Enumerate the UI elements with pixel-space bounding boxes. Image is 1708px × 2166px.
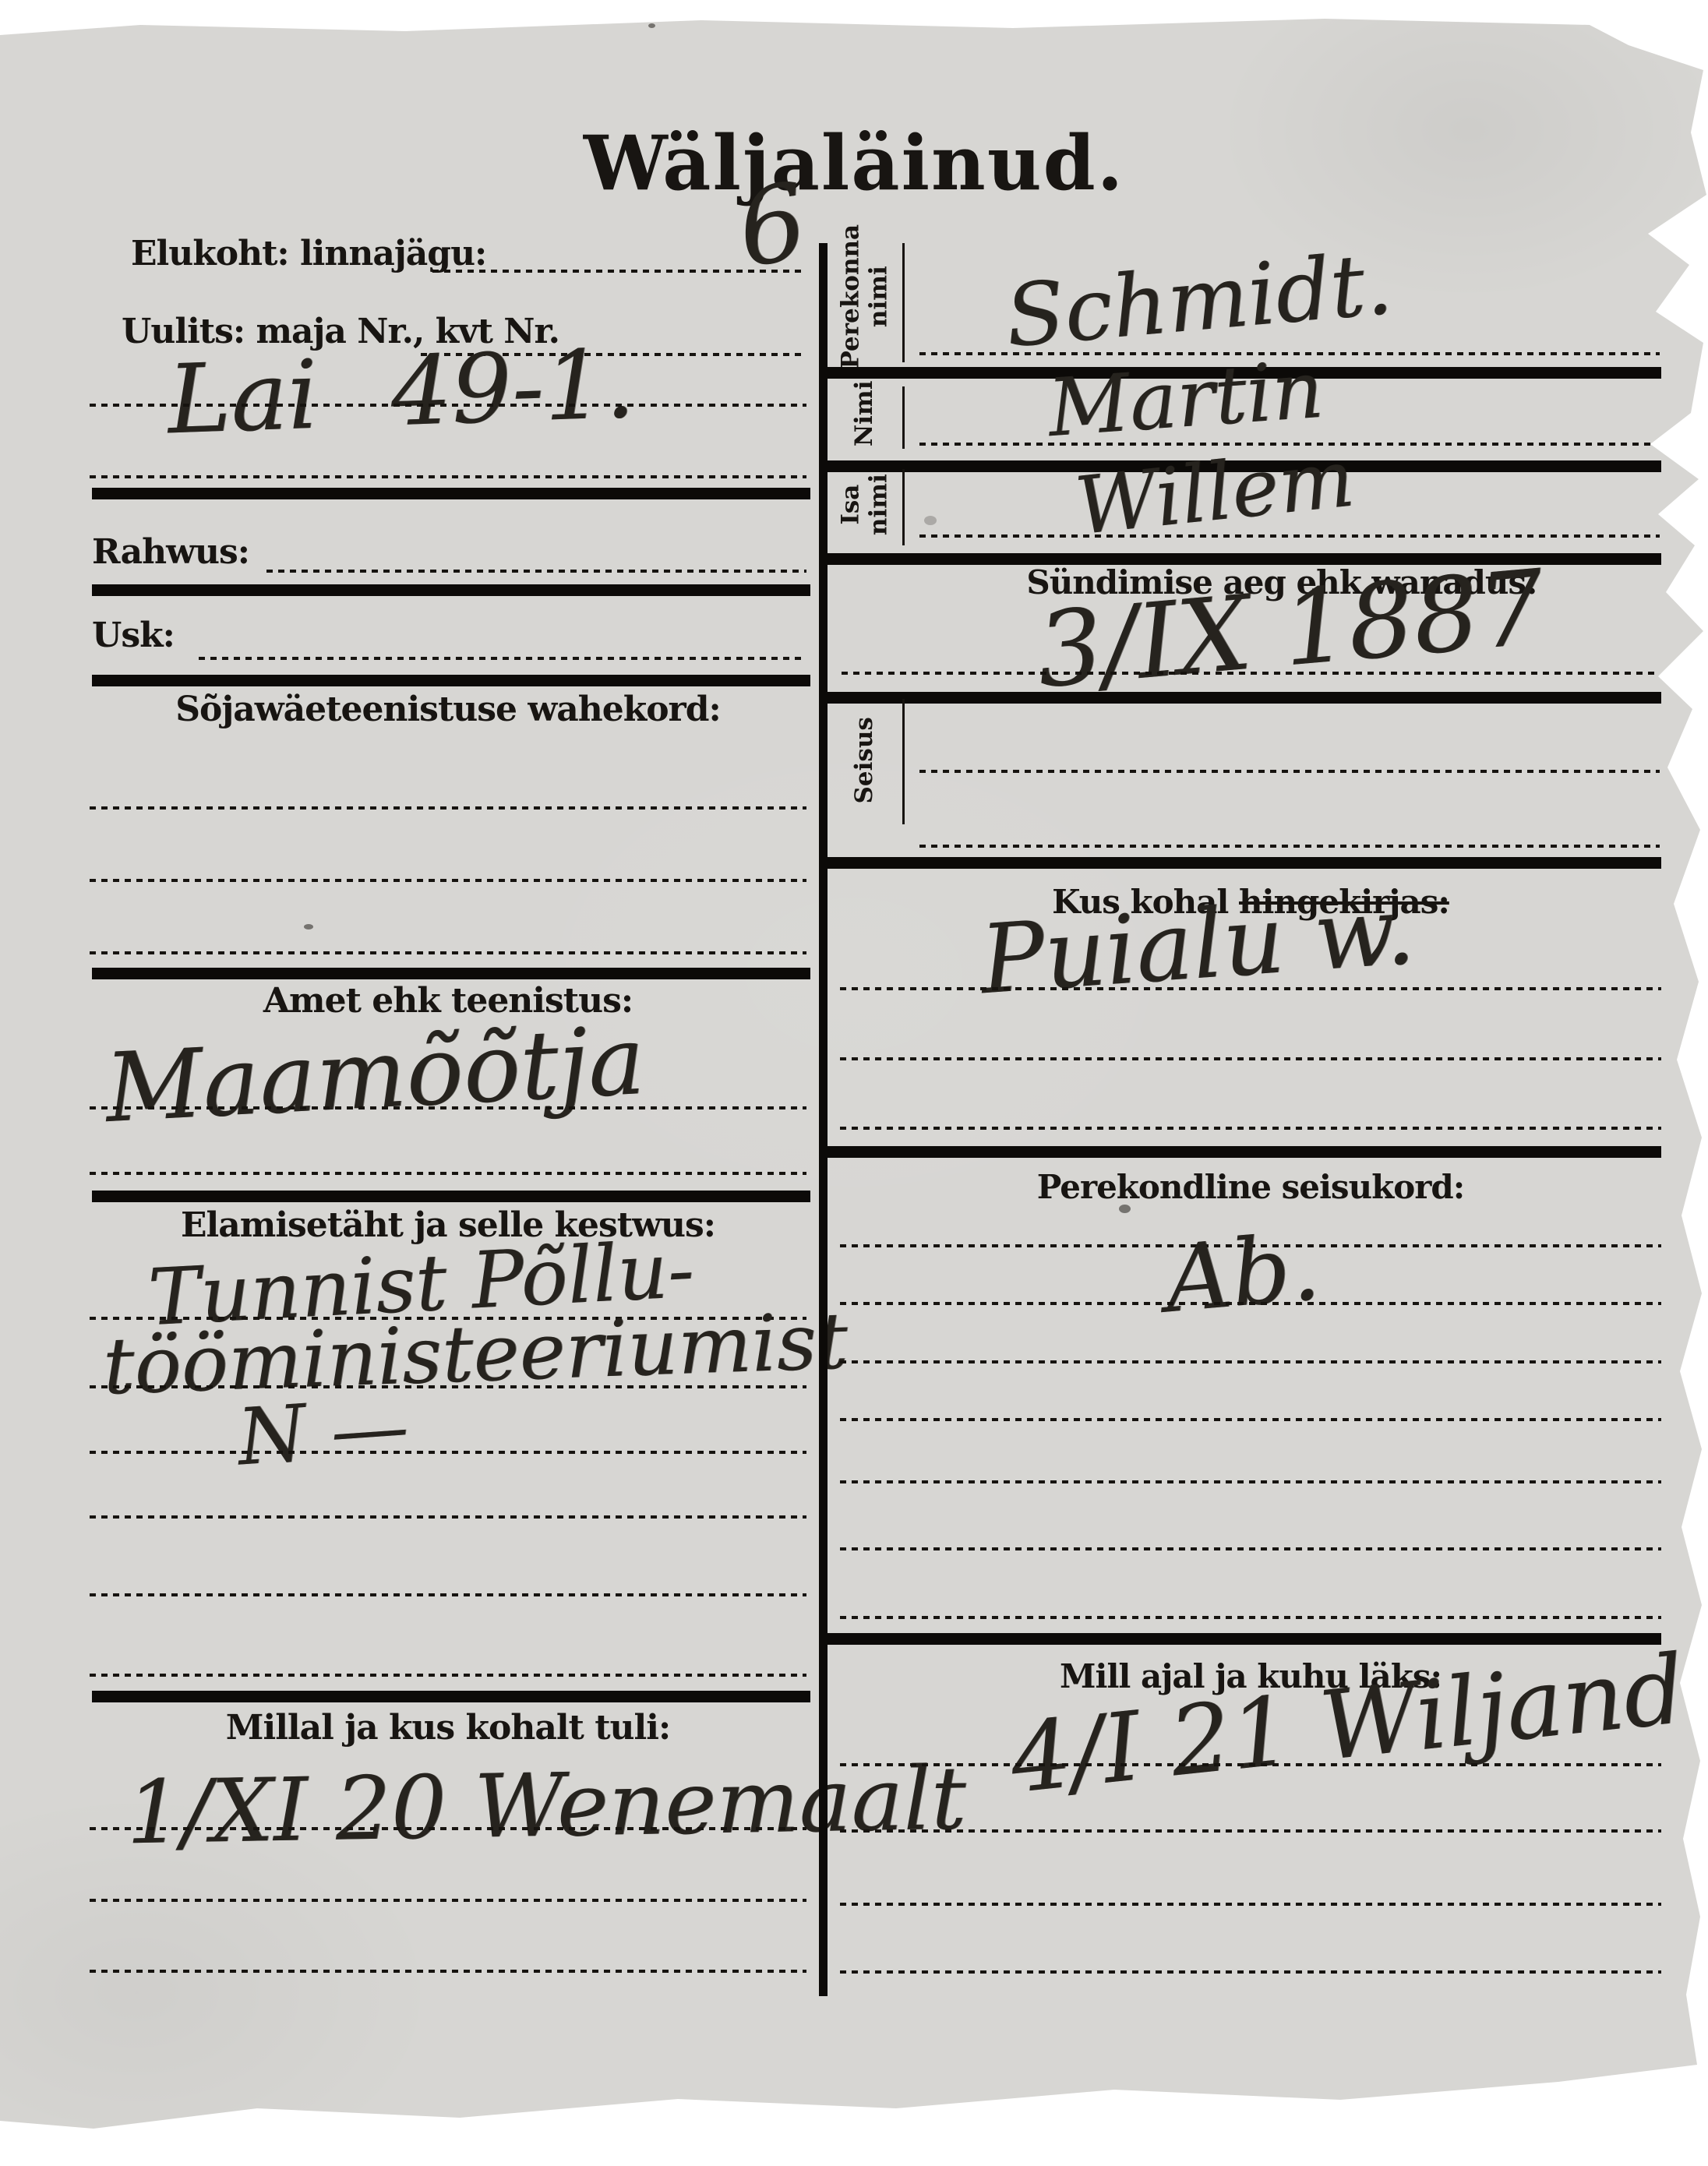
dotted-line xyxy=(90,1515,806,1519)
column-divider xyxy=(819,243,828,1996)
paper-speck xyxy=(1119,1205,1131,1213)
military-service-label: Sõjawäeteenistuse wahekord: xyxy=(90,692,806,728)
dotted-line xyxy=(840,1127,1661,1130)
father-name-value-handwritten: Willem xyxy=(1072,439,1358,548)
dotted-line xyxy=(90,1899,806,1902)
dotted-line xyxy=(90,1593,806,1596)
dotted-line xyxy=(90,1385,806,1388)
label-rule xyxy=(902,469,905,545)
dotted-line xyxy=(90,1172,806,1175)
dotted-line xyxy=(90,1970,806,1973)
dotted-line xyxy=(90,806,806,810)
dotted-line xyxy=(840,1829,1661,1833)
section-divider-bar xyxy=(92,488,810,499)
section-divider-bar xyxy=(92,584,810,596)
dotted-line xyxy=(919,845,1660,848)
permit-value-line3-handwritten: N — xyxy=(235,1387,411,1476)
dotted-line xyxy=(90,1451,806,1454)
marital-value-handwritten: Ab. xyxy=(1161,1221,1323,1326)
section-divider-bar xyxy=(819,1146,1661,1158)
dotted-line xyxy=(90,475,806,478)
dotted-line xyxy=(840,1616,1661,1619)
section-divider-bar xyxy=(92,675,810,686)
first-name-value-handwritten: Martin xyxy=(1046,351,1326,449)
residence-label: Elukoht: linnajägu: xyxy=(131,236,486,272)
label-rule xyxy=(902,699,905,824)
paper-speck xyxy=(648,23,655,28)
dotted-line xyxy=(840,1547,1661,1550)
dotted-line xyxy=(840,987,1661,990)
section-divider-bar xyxy=(819,692,1661,704)
dotted-line xyxy=(90,1674,806,1677)
paper-speck xyxy=(304,924,313,930)
label-rule xyxy=(902,243,905,362)
dotted-line xyxy=(840,1763,1661,1766)
dotted-line xyxy=(840,1057,1661,1060)
dotted-line xyxy=(199,657,806,660)
section-divider-bar xyxy=(92,968,810,979)
dotted-line xyxy=(842,672,1660,675)
first-name-label: Nimi xyxy=(851,363,879,464)
dotted-line xyxy=(90,951,806,954)
dotted-line xyxy=(919,534,1660,538)
father-name-label: Isa nimi xyxy=(837,462,892,548)
dotted-line xyxy=(266,570,806,573)
arrival-label: Millal ja kus kohalt tuli: xyxy=(90,1710,806,1746)
dotted-line xyxy=(840,1302,1661,1305)
dotted-line xyxy=(432,270,806,273)
street-value-handwritten: Lai 49-1. xyxy=(166,337,636,448)
class-label: Seisus xyxy=(851,690,879,831)
dotted-line xyxy=(90,879,806,882)
section-divider-bar xyxy=(819,1633,1661,1645)
scanned-registration-card: Wäljaläinud. 6 Elukoht: linnajägu: Uulit… xyxy=(0,0,1708,2166)
permit-value-line2-handwritten: tööministeeriumist xyxy=(102,1302,849,1406)
section-divider-bar xyxy=(92,1691,810,1702)
family-name-label: Perekonna nimi xyxy=(837,219,892,375)
dotted-line xyxy=(840,1418,1661,1421)
dotted-line xyxy=(90,1106,806,1109)
family-name-value-handwritten: Schmidt. xyxy=(1002,241,1396,360)
occupation-label: Amet ehk teenistus: xyxy=(90,983,806,1019)
dotted-line xyxy=(90,1827,806,1830)
nationality-label: Rahwus: xyxy=(92,534,249,570)
religion-label: Usk: xyxy=(92,618,175,654)
dotted-line xyxy=(840,1480,1661,1483)
dotted-line xyxy=(840,1970,1661,1974)
dotted-line xyxy=(919,770,1660,773)
marital-label: Perekondline seisukord: xyxy=(842,1170,1660,1205)
form-title: Wäljaläinud. xyxy=(0,125,1708,203)
arrival-value-handwritten: 1/XI 20 Wenemaalt xyxy=(125,1755,967,1857)
section-divider-bar xyxy=(819,857,1661,869)
section-divider-bar xyxy=(92,1191,810,1202)
label-rule xyxy=(902,386,905,449)
paper-speck xyxy=(924,516,937,525)
occupation-value-handwritten: Maamõõtja xyxy=(103,1013,647,1136)
dotted-line xyxy=(90,404,806,407)
dotted-line xyxy=(840,1903,1661,1906)
dotted-line xyxy=(840,1360,1661,1363)
